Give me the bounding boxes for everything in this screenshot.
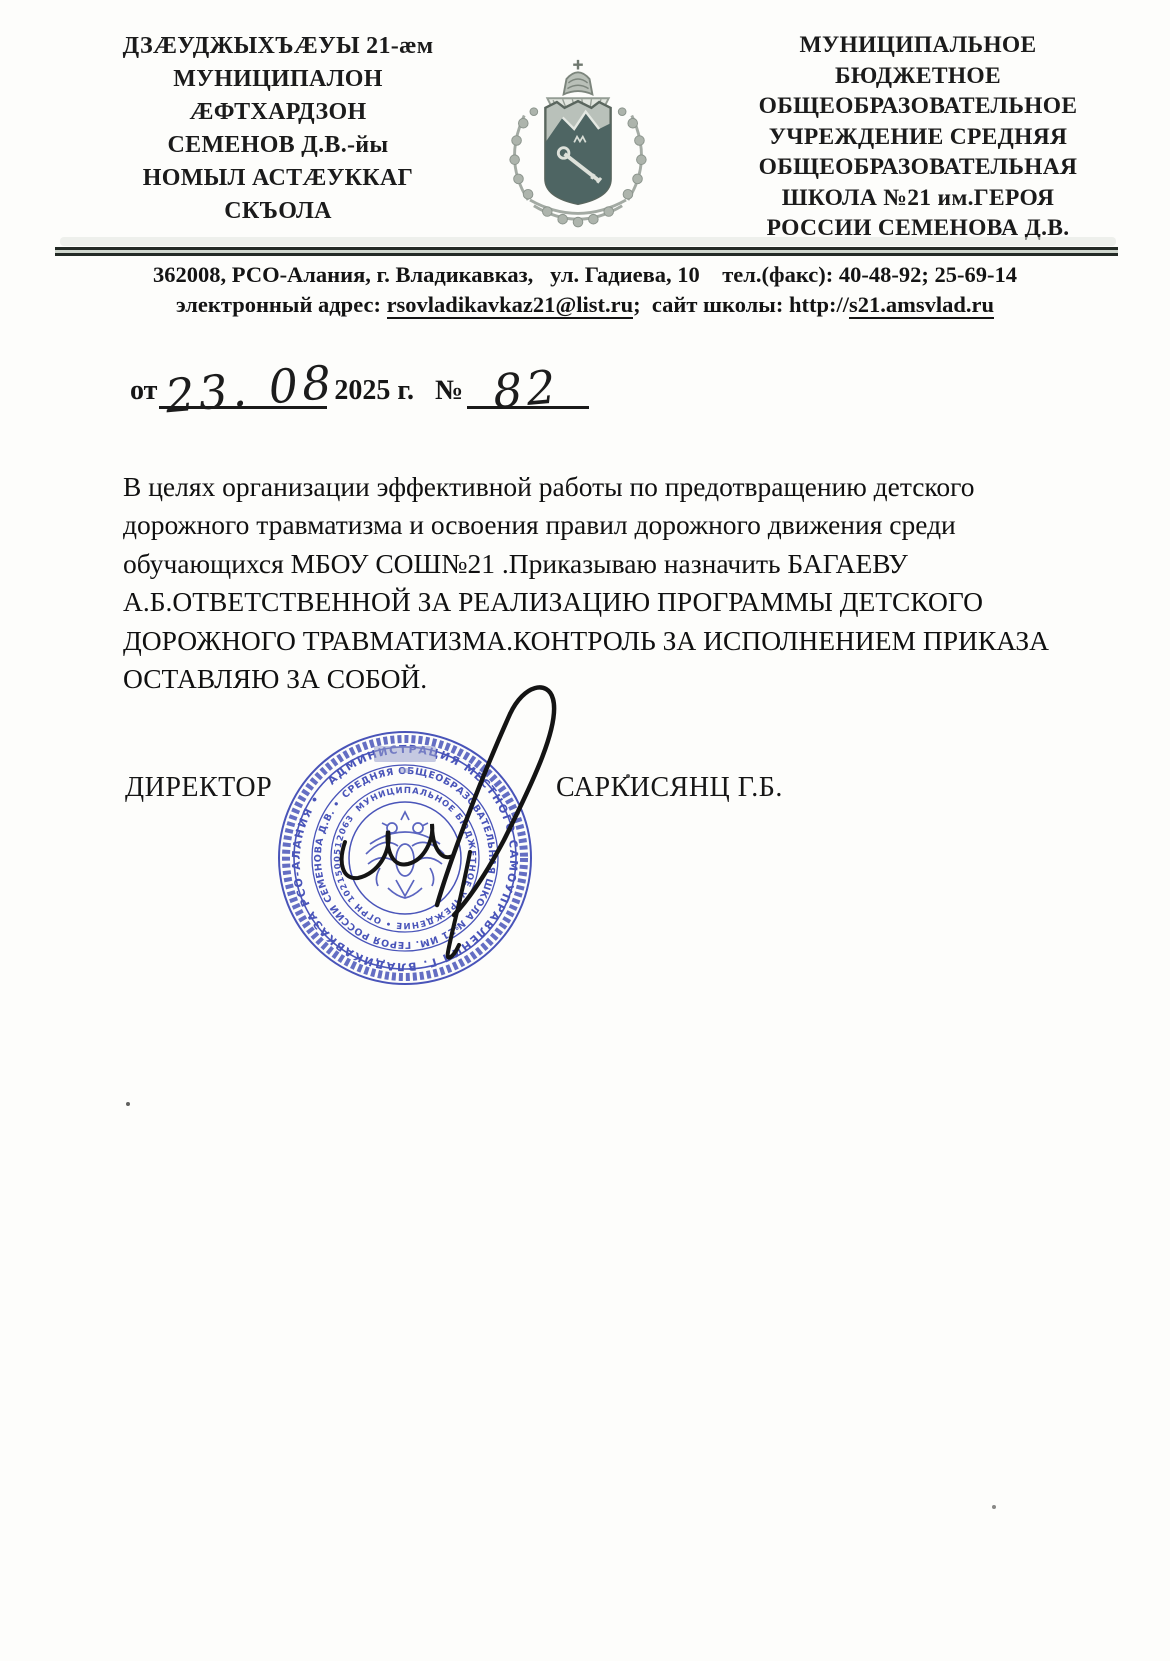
header-right-line: ШКОЛА №21 им.ГЕРОЯ [712, 183, 1124, 214]
stamp-ring-inner-text: МУНИЦИПАЛЬНОЕ БЮДЖЕТНОЕ УЧРЕЖДЕНИЕ • ОГР… [333, 786, 477, 930]
email-address: rsovladikavkaz21@list.ru [387, 292, 634, 319]
director-title: ДИРЕКТОР [125, 772, 272, 804]
header-right-line: ОБЩЕОБРАЗОВАТЕЛЬНОЕ [712, 91, 1124, 122]
header-left-line: СКЪОЛА [92, 195, 464, 228]
body-line: обучающихся МБОУ СОШ№21 .Приказываю назн… [123, 545, 1123, 583]
stamp-ring-outer-text: АДМИНИСТРАЦИЯ МЕСТНОГО САМОУПРАВЛЕНИЯ Г.… [290, 743, 520, 973]
spacer [414, 375, 435, 409]
ink-dot-artifact [126, 1102, 130, 1106]
header-divider-rule [55, 247, 1118, 256]
header-left-line: СЕМЕНОВ Д.В.-йы [92, 129, 464, 162]
body-line: ДОРОЖНОГО ТРАВМАТИЗМА.КОНТРОЛЬ ЗА ИСПОЛН… [123, 622, 1123, 660]
header-left-line: ДЗÆУДЖЫХЪÆУЫ 21-æм [92, 30, 464, 63]
number-sign: № [435, 375, 463, 409]
header-right-line: БЮДЖЕТНОЕ [712, 61, 1124, 92]
header-left-ossetian: ДЗÆУДЖЫХЪÆУЫ 21-æм МУНИЦИПАЛОН ÆФТХАРДЗО… [92, 30, 464, 228]
site-address: s21.amsvlad.ru [849, 292, 994, 319]
date-number-row: от 23. 08 2025 г. № 82 [130, 372, 589, 409]
header-right-line: УЧРЕЖДЕНИЕ СРЕДНЯЯ [712, 122, 1124, 153]
ink-dot-artifact [992, 1505, 996, 1509]
header-left-line: МУНИЦИПАЛОН [92, 63, 464, 96]
header-right-line: ОБЩЕОБРАЗОВАТЕЛЬНАЯ [712, 152, 1124, 183]
order-body-paragraph: В целях организации эффективной работы п… [123, 468, 1123, 698]
header-left-line: НОМЫЛ АСТÆУККАГ [92, 162, 464, 195]
header-left-line: ÆФТХАРДЗОН [92, 96, 464, 129]
ink-dot-artifact [626, 774, 630, 778]
body-line: дорожного травматизма и освоения правил … [123, 506, 1123, 544]
site-label: ; сайт школы: http:// [633, 292, 849, 317]
contact-address-line: 362008, РСО-Алания, г. Владикавказ, ул. … [0, 262, 1170, 288]
header-right-russian: МУНИЦИПАЛЬНОЕ БЮДЖЕТНОЕ ОБЩЕОБРАЗОВАТЕЛЬ… [712, 30, 1124, 244]
director-name: САРКИСЯНЦ Г.Б. [556, 772, 783, 804]
number-blank-line: 82 [467, 372, 589, 409]
from-label: от [130, 375, 157, 409]
date-blank-line: 23. 08 [159, 372, 327, 409]
body-line: А.Б.ОТВЕТСТВЕННОЙ ЗА РЕАЛИЗАЦИЮ ПРОГРАММ… [123, 583, 1123, 621]
svg-text:АДМИНИСТРАЦИЯ МЕСТНОГО САМОУПР: АДМИНИСТРАЦИЯ МЕСТНОГО САМОУПРАВЛЕНИЯ Г.… [290, 743, 520, 973]
email-label: электронный адрес: [176, 292, 387, 317]
header-right-line: МУНИЦИПАЛЬНОЕ [712, 30, 1124, 61]
handwritten-date: 23. 08 [163, 355, 337, 424]
coat-of-arms-icon [488, 56, 668, 248]
contact-email-line: электронный адрес: rsovladikavkaz21@list… [0, 292, 1170, 318]
scan-smudge [60, 237, 1116, 246]
year-label-text: 2025 г. [334, 375, 414, 409]
body-line: В целях организации эффективной работы п… [123, 468, 1123, 506]
svg-text:МУНИЦИПАЛЬНОЕ БЮДЖЕТНОЕ УЧРЕЖД: МУНИЦИПАЛЬНОЕ БЮДЖЕТНОЕ УЧРЕЖДЕНИЕ • ОГР… [333, 786, 477, 930]
handwritten-number: 82 [491, 359, 562, 419]
official-stamp-and-signature: АДМИНИСТРАЦИЯ МЕСТНОГО САМОУПРАВЛЕНИЯ Г.… [270, 668, 590, 990]
